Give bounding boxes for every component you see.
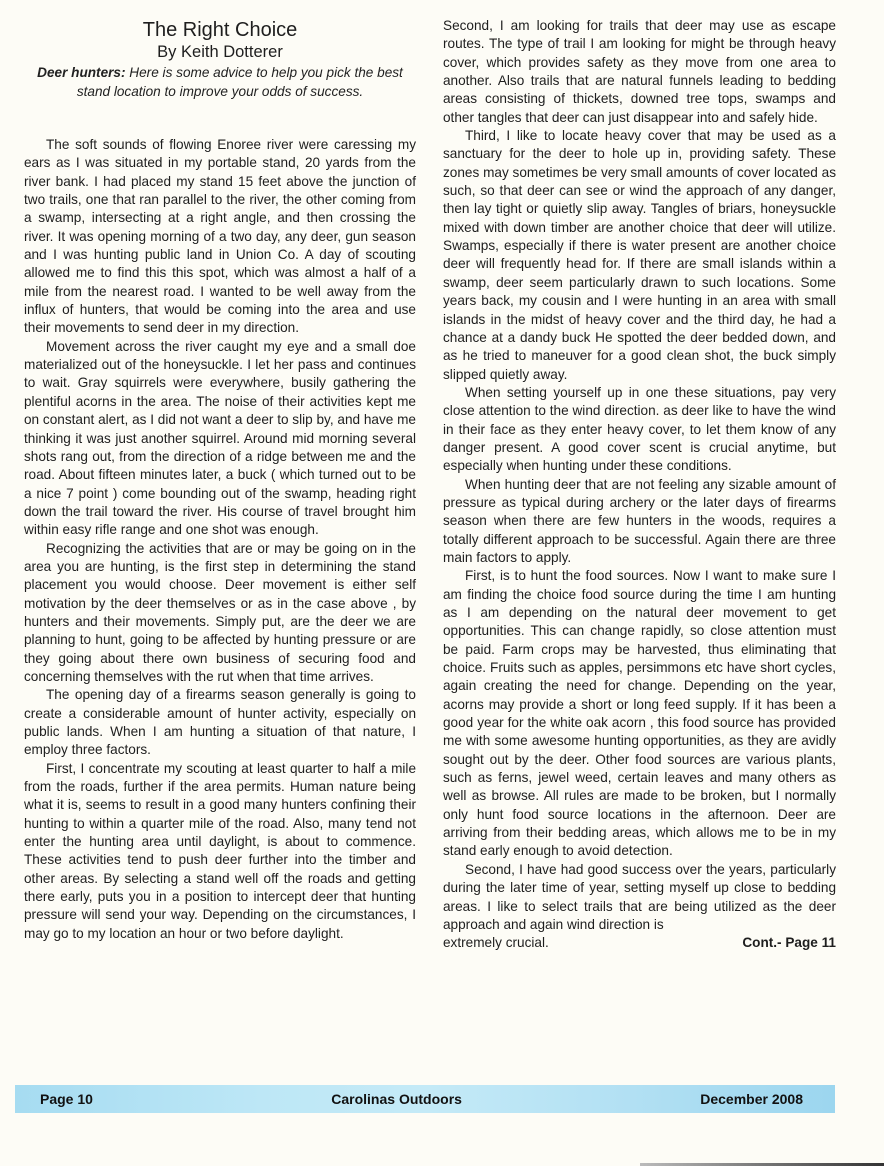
paragraph: Third, I like to locate heavy cover that… [443,127,836,384]
paragraph: Recognizing the activities that are or m… [24,540,416,687]
issue-date: December 2008 [700,1091,803,1107]
continuation-line: extremely crucial. Cont.- Page 11 [443,934,836,952]
paragraph: The opening day of a firearms season gen… [24,686,416,759]
paragraph: When hunting deer that are not feeling a… [443,476,836,568]
article-byline: By Keith Dotterer [24,42,416,62]
paragraph: Second, I have had good success over the… [443,861,836,934]
continued-on-link: Cont.- Page 11 [742,934,836,952]
paragraph: The soft sounds of flowing Enoree river … [24,136,416,338]
left-column-body: The soft sounds of flowing Enoree river … [24,136,416,943]
article-header: The Right Choice By Keith Dotterer Deer … [24,18,416,101]
paragraph: When setting yourself up in one these si… [443,384,836,476]
dek-text: Here is some advice to help you pick the… [77,65,403,99]
paragraph: First, is to hunt the food sources. Now … [443,567,836,861]
paragraph: Movement across the river caught my eye … [24,338,416,540]
right-column: Second, I am looking for trails that dee… [443,17,836,953]
page-number: Page 10 [40,1091,93,1107]
paragraph: First, I concentrate my scouting at leas… [24,760,416,943]
left-column: The Right Choice By Keith Dotterer Deer … [24,0,416,943]
paragraph: Second, I am looking for trails that dee… [443,17,836,127]
page-footer-bar: Page 10 Carolinas Outdoors December 2008 [15,1085,835,1113]
article-title: The Right Choice [24,18,416,42]
publication-name: Carolinas Outdoors [331,1091,462,1107]
dek-lead: Deer hunters: [37,65,125,80]
article-dek: Deer hunters: Here is some advice to hel… [24,63,416,101]
last-line-text: extremely crucial. [443,934,549,952]
magazine-page: The Right Choice By Keith Dotterer Deer … [0,0,884,1166]
